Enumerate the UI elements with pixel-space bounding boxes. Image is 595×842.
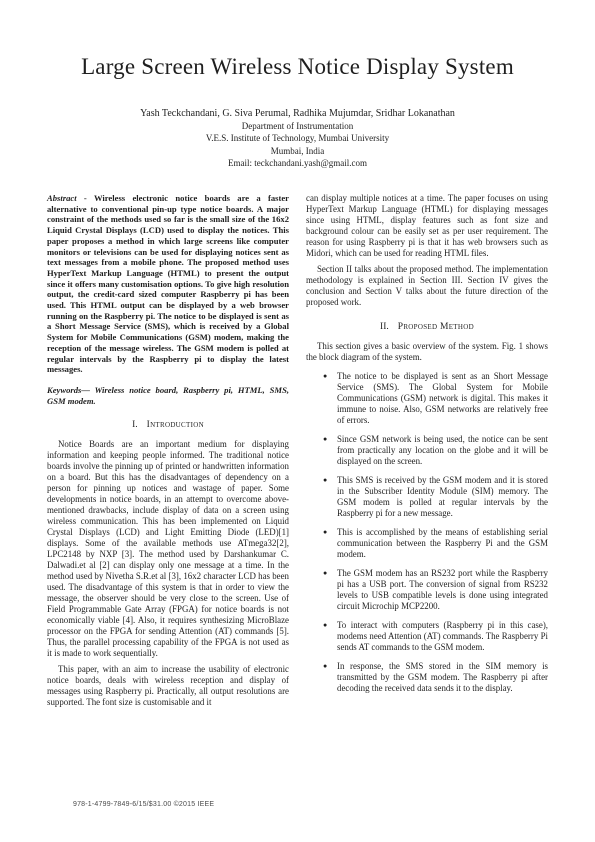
introduction-paragraph-2: This paper, with an aim to increase the …	[47, 664, 289, 708]
section-title: Introduction	[147, 420, 204, 430]
introduction-continuation-paragraph: can display multiple notices at a time. …	[306, 193, 548, 259]
bullet-text: The GSM modem has an RS232 port while th…	[337, 568, 548, 612]
abstract-paragraph: Abstract - Wireless electronic notice bo…	[47, 193, 289, 375]
author-location: Mumbai, India	[47, 145, 548, 157]
bullet-text: This SMS is received by the GSM modem an…	[337, 475, 548, 519]
author-institute: V.E.S. Institute of Technology, Mumbai U…	[47, 132, 548, 144]
bullet-item: ●The notice to be displayed is sent as a…	[306, 371, 548, 426]
bullet-text: The notice to be displayed is sent as an…	[337, 371, 548, 426]
bullet-icon: ●	[323, 620, 337, 653]
paper-title: Large Screen Wireless Notice Display Sys…	[47, 54, 548, 80]
method-bullet-list: ●The notice to be displayed is sent as a…	[306, 371, 548, 694]
bullet-item: ●To interact with computers (Raspberry p…	[306, 620, 548, 653]
section-number: II.	[380, 322, 389, 332]
bullet-item: ●The GSM modem has an RS232 port while t…	[306, 568, 548, 612]
bullet-icon: ●	[323, 475, 337, 519]
bullet-item: ●This is accomplished by the means of es…	[306, 527, 548, 560]
left-column: Abstract - Wireless electronic notice bo…	[47, 193, 289, 713]
bullet-item: ●In response, the SMS stored in the SIM …	[306, 661, 548, 694]
author-department: Department of Instrumentation	[47, 120, 548, 132]
bullet-text: In response, the SMS stored in the SIM m…	[337, 661, 548, 694]
section-title: Proposed Method	[398, 322, 474, 332]
keywords-label: Keywords—	[47, 385, 90, 395]
paper-page: Large Screen Wireless Notice Display Sys…	[0, 0, 595, 842]
bullet-icon: ●	[323, 371, 337, 426]
section-heading-introduction: I.Introduction	[47, 420, 289, 430]
abstract-label: Abstract	[47, 193, 77, 203]
bullet-icon: ●	[323, 568, 337, 612]
copyright-notice: 978-1-4799-7849-6/15/$31.00 ©2015 IEEE	[73, 801, 214, 808]
author-block: Yash Teckchandani, G. Siva Perumal, Radh…	[47, 108, 548, 169]
bullet-text: To interact with computers (Raspberry pi…	[337, 620, 548, 653]
method-intro-paragraph: This section gives a basic overview of t…	[306, 341, 548, 363]
abstract-text: - Wireless electronic notice boards are …	[47, 193, 289, 374]
bullet-icon: ●	[323, 661, 337, 694]
section-heading-proposed-method: II.Proposed Method	[306, 322, 548, 332]
keywords-paragraph: Keywords— Wireless notice board, Raspber…	[47, 385, 289, 406]
bullet-item: ●Since GSM network is being used, the no…	[306, 434, 548, 467]
bullet-item: ●This SMS is received by the GSM modem a…	[306, 475, 548, 519]
bullet-text: This is accomplished by the means of est…	[337, 527, 548, 560]
right-column: can display multiple notices at a time. …	[306, 193, 548, 713]
section-number: I.	[132, 420, 138, 430]
sections-overview-paragraph: Section II talks about the proposed meth…	[306, 264, 548, 308]
bullet-icon: ●	[323, 434, 337, 467]
author-names: Yash Teckchandani, G. Siva Perumal, Radh…	[47, 108, 548, 120]
introduction-paragraph-1: Notice Boards are an important medium fo…	[47, 439, 289, 659]
author-email: Email: teckchandani.yash@gmail.com	[47, 157, 548, 169]
two-column-body: Abstract - Wireless electronic notice bo…	[47, 193, 548, 713]
bullet-icon: ●	[323, 527, 337, 560]
bullet-text: Since GSM network is being used, the not…	[337, 434, 548, 467]
